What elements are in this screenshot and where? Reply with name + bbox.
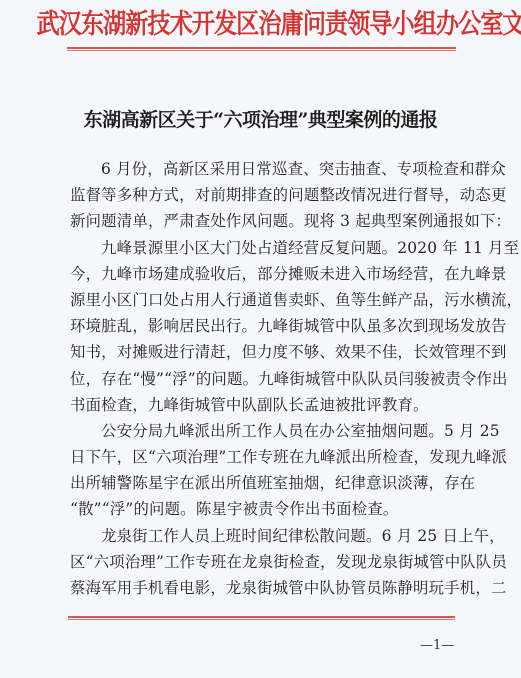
case-3-line: 区“六项治理”工作专班在龙泉街检查，发现龙泉街城管中队队员 [70, 549, 462, 575]
header-red-rule [67, 47, 456, 51]
case-3-line: 蔡海军用手机看电影，龙泉街城管中队协管员陈静明玩手机，二 [70, 575, 462, 601]
case-3-line: 龙泉街工作人员上班时间纪律松散问题。6 月 25 日上午， [70, 523, 462, 549]
footer-red-rule [68, 616, 455, 620]
case-1-line: 知书，对摊贩进行清赶，但力度不够、效果不佳，长效管理不到 [70, 339, 462, 365]
case-1-line: 环境脏乱，影响居民出行。九峰街城管中队虽多次到现场发放告 [70, 313, 462, 339]
case-1-line: 今，九峰市场建成验收后，部分摊贩未进入市场经营，在九峰景 [70, 261, 462, 287]
case-2-line: “散”“浮”的问题。陈星宇被责令作出书面检查。 [70, 496, 462, 522]
case-2-line: 公安分局九峰派出所工作人员在办公室抽烟问题。5 月 25 [70, 418, 462, 444]
paragraph-intro-line: 新问题清单，严肃查处作风问题。现将 3 起典型案例通报如下： [70, 208, 462, 234]
case-1-line: 书面检查，九峰街城管中队副队长孟迪被批评教育。 [70, 392, 462, 418]
paragraph-intro-line: 监督等多种方式，对前期排查的问题整改情况进行督导，动态更 [70, 182, 462, 208]
case-2-line: 出所辅警陈星宇在派出所值班室抽烟，纪律意识淡薄，存在 [70, 470, 462, 496]
case-2-line: 日下午，区“六项治理”工作专班在九峰派出所检查，发现九峰派 [70, 444, 462, 470]
issuer-header: 武汉东湖新技术开发区治庸问责领导小组办公室文件 [36, 8, 484, 42]
paragraph-intro-line: 6 月份，高新区采用日常巡查、突击抽查、专项检查和群众 [70, 156, 462, 182]
document-title: 东湖高新区关于“六项治理”典型案例的通报 [0, 105, 521, 132]
case-1-line: 源里小区门口处占用人行通道售卖虾、鱼等生鲜产品，污水横流， [70, 287, 462, 313]
document-body: 6 月份，高新区采用日常巡查、突击抽查、专项检查和群众 监督等多种方式，对前期排… [70, 156, 462, 601]
page-number: —1— [420, 638, 454, 653]
case-1-line: 九峰景源里小区大门处占道经营反复问题。2020 年 11 月至 [70, 235, 462, 261]
case-1-line: 位，存在“慢”“浮”的问题。九峰街城管中队队员闫骏被责令作出 [70, 366, 462, 392]
